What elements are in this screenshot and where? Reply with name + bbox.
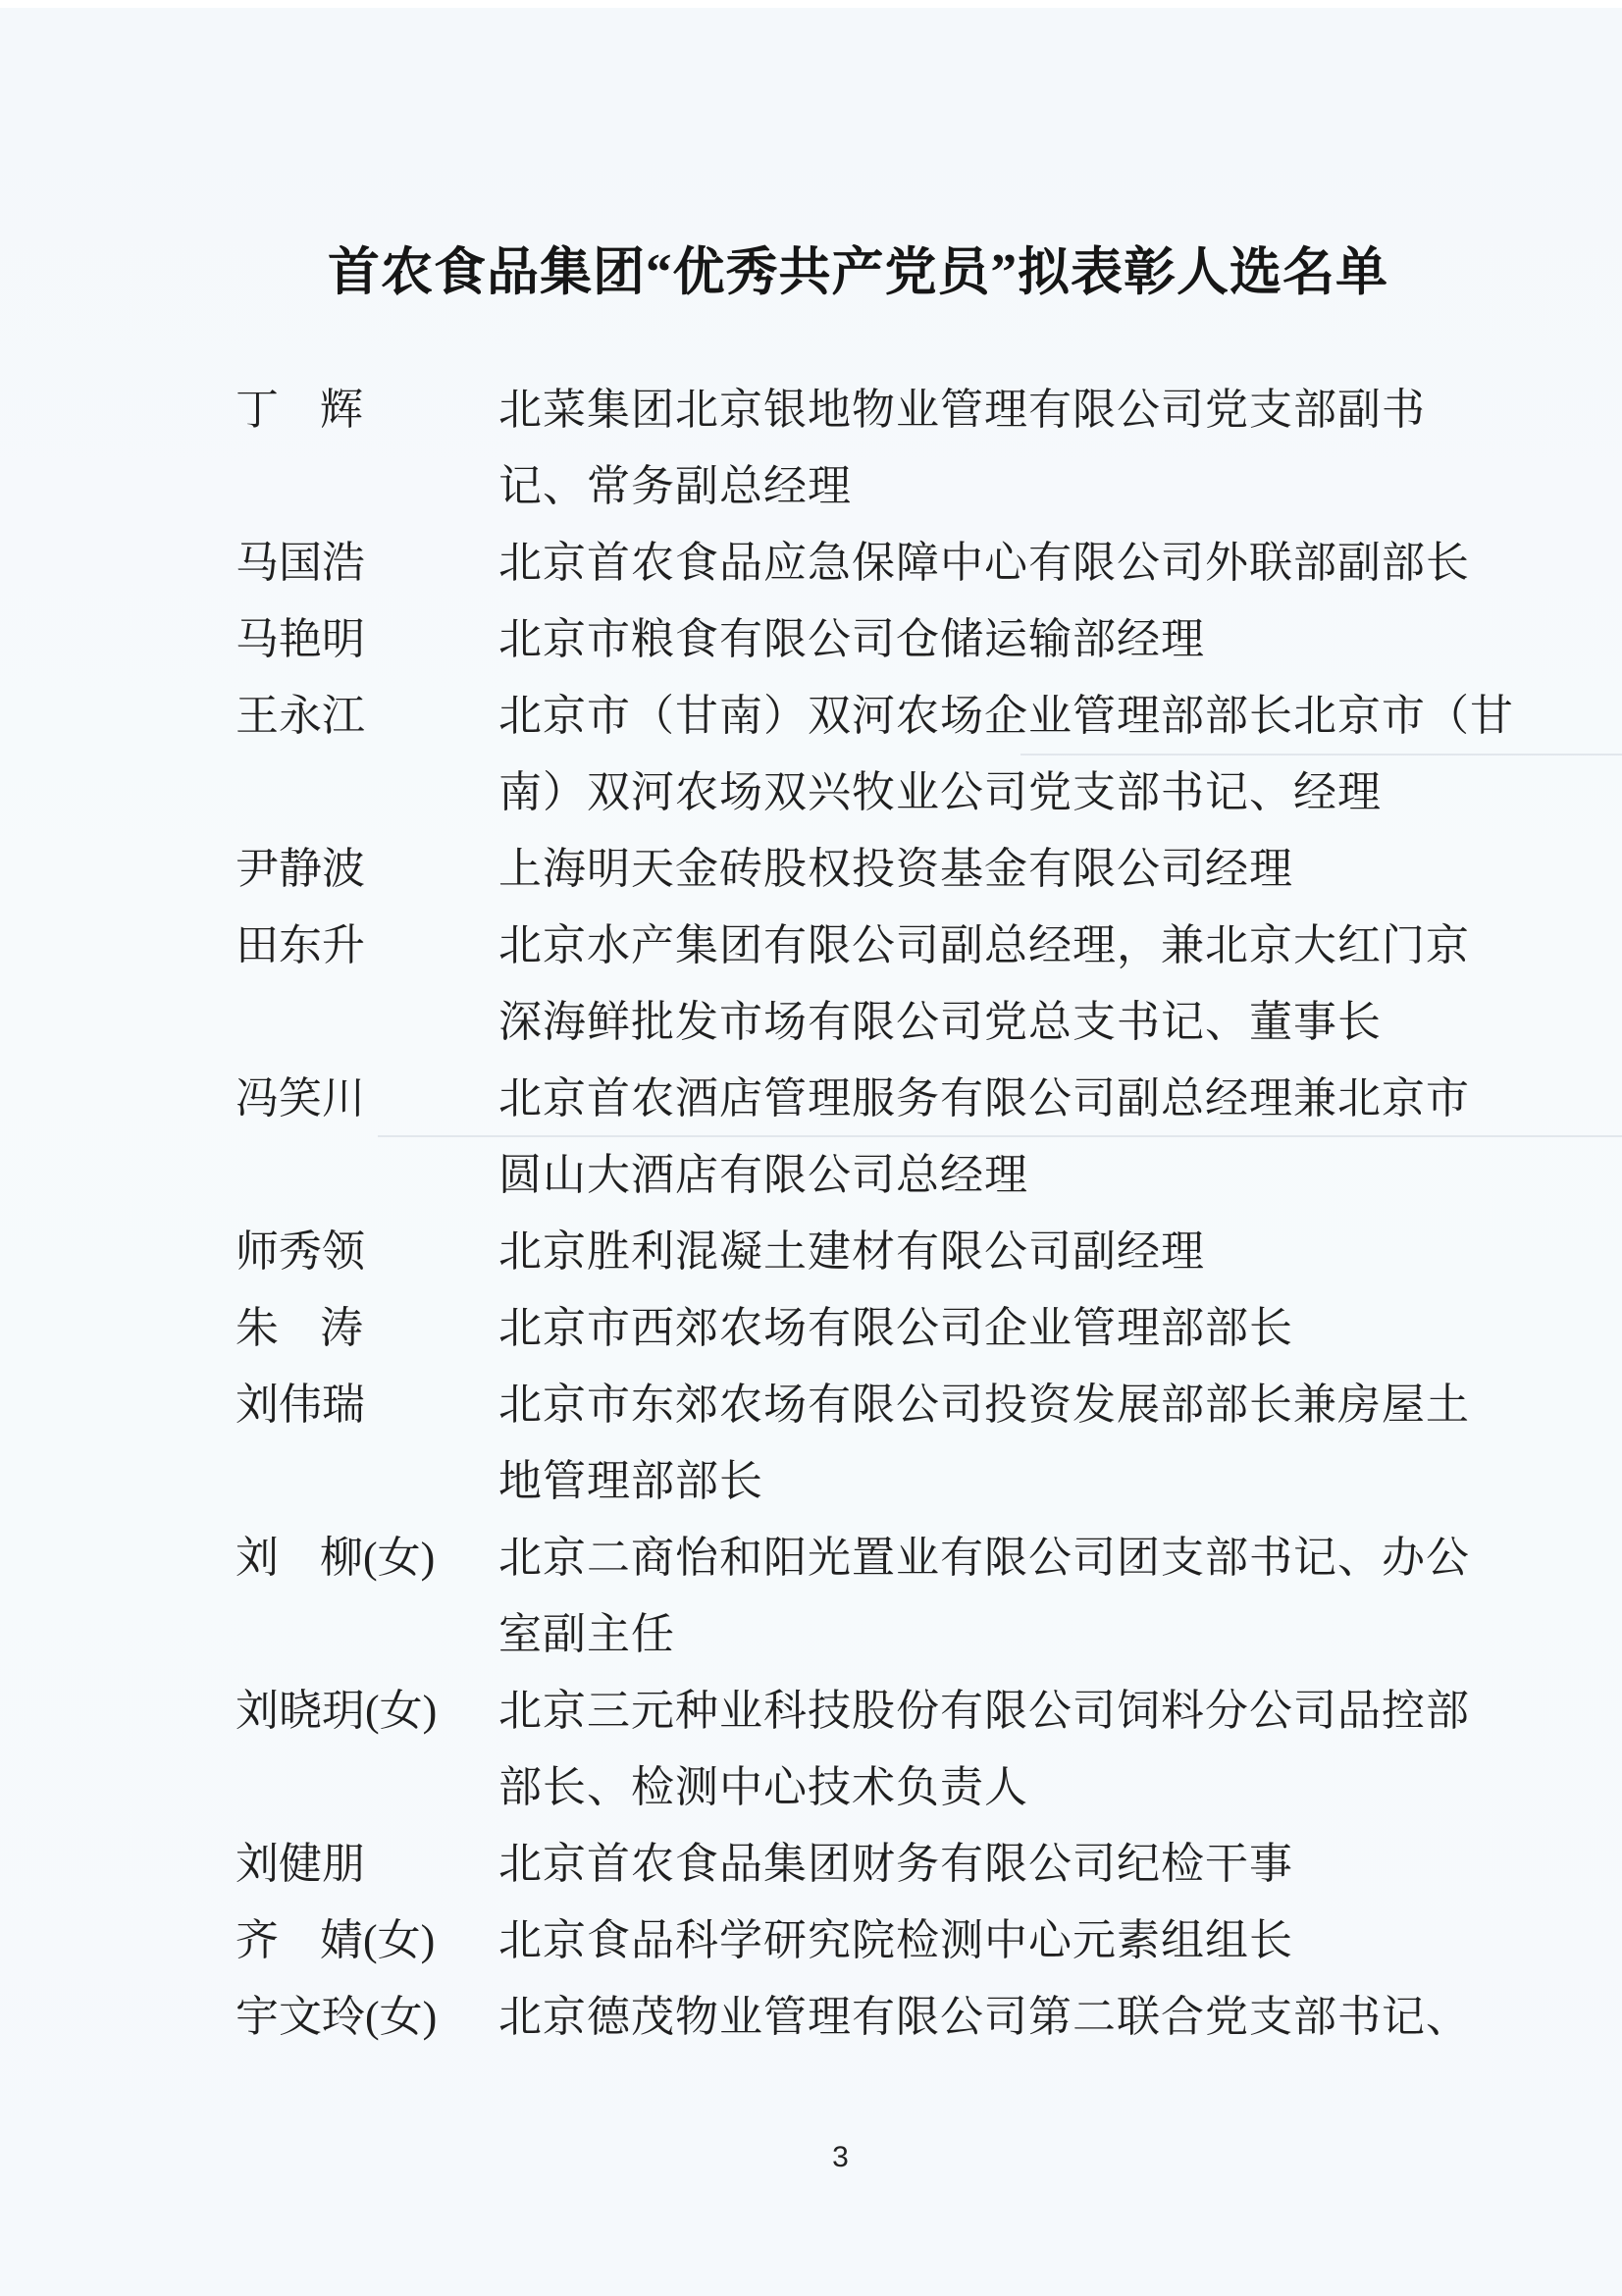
honoree-name-cell: 刘柳(女) — [235, 1520, 498, 1596]
honoree-name-cell: 齐婧(女) — [235, 1903, 498, 1979]
honoree-name: 刘晓玥 — [235, 1673, 365, 1749]
honoree-name: 马艳明 — [235, 601, 365, 678]
position-text: 北京胜利混凝土建材有限公司副经理 — [498, 1214, 1501, 1290]
honoree-position-cell: 北京市西郊农场有限公司企业管理部部长 — [498, 1290, 1501, 1367]
position-text: 北京德茂物业管理有限公司第二联合党支部书记、 — [498, 1979, 1501, 2056]
honoree-position-cell: 北京市东郊农场有限公司投资发展部部长兼房屋土 地管理部部长 — [498, 1367, 1501, 1520]
roster-row: 刘健朋 北京首农食品集团财务有限公司纪检干事 — [235, 1826, 1501, 1903]
honoree-position-cell: 北京二商怡和阳光置业有限公司团支部书记、办公 室副主任 — [498, 1520, 1501, 1673]
honoree-name: 刘伟瑞 — [235, 1367, 365, 1443]
honoree-name-cell: 刘晓玥(女) — [235, 1673, 498, 1749]
honoree-name: 宇文玲 — [235, 1979, 365, 2056]
honoree-name-cell: 田东升 — [235, 908, 498, 984]
honoree-position-cell: 北京首农食品集团财务有限公司纪检干事 — [498, 1826, 1501, 1903]
page-number: 3 — [29, 2141, 1622, 2174]
honoree-name: 马国浩 — [235, 525, 365, 601]
position-text: 室副主任 — [498, 1596, 1501, 1673]
roster-row: 刘柳(女) 北京二商怡和阳光置业有限公司团支部书记、办公 室副主任 — [235, 1520, 1501, 1673]
honoree-name-cell: 马国浩 — [235, 525, 498, 601]
roster-row: 尹静波 上海明天金砖股权投资基金有限公司经理 — [235, 831, 1501, 908]
honoree-position-cell: 北菜集团北京银地物业管理有限公司党支部副书 记、常务副总经理 — [498, 372, 1501, 525]
honoree-name-cell: 尹静波 — [235, 831, 498, 908]
honoree-name-cell: 王永江 — [235, 678, 498, 755]
position-text: 北京二商怡和阳光置业有限公司团支部书记、办公 — [498, 1520, 1501, 1596]
honoree-position-cell: 北京水产集团有限公司副总经理，兼北京大红门京 深海鲜批发市场有限公司党总支书记、… — [498, 908, 1501, 1061]
honoree-position-cell: 北京食品科学研究院检测中心元素组组长 — [498, 1903, 1501, 1979]
position-text: 北京市西郊农场有限公司企业管理部部长 — [498, 1290, 1501, 1367]
roster-row: 刘伟瑞 北京市东郊农场有限公司投资发展部部长兼房屋土 地管理部部长 — [235, 1367, 1501, 1520]
roster-row: 王永江 北京市（甘南）双河农场企业管理部部长北京市（甘 南）双河农场双兴牧业公司… — [235, 678, 1501, 831]
position-text: 北菜集团北京银地物业管理有限公司党支部副书 — [498, 372, 1501, 448]
honoree-position-cell: 北京市（甘南）双河农场企业管理部部长北京市（甘 南）双河农场双兴牧业公司党支部书… — [498, 678, 1501, 831]
position-text: 北京首农食品应急保障中心有限公司外联部副部长 — [498, 525, 1501, 601]
position-text: 圆山大酒店有限公司总经理 — [498, 1137, 1501, 1214]
position-text: 记、常务副总经理 — [498, 448, 1501, 525]
honoree-name: 田东升 — [235, 908, 365, 984]
position-text: 北京市粮食有限公司仓储运输部经理 — [498, 601, 1501, 678]
honoree-position-cell: 北京首农食品应急保障中心有限公司外联部副部长 — [498, 525, 1501, 601]
gender-suffix: (女) — [363, 1534, 435, 1582]
honoree-name-cell: 刘健朋 — [235, 1826, 498, 1903]
honoree-name-cell: 冯笑川 — [235, 1061, 498, 1137]
honoree-roster: 丁辉 北菜集团北京银地物业管理有限公司党支部副书 记、常务副总经理 马国浩 北京… — [235, 372, 1501, 2056]
document-title: 首农食品集团“优秀共产党员”拟表彰人选名单 — [0, 242, 1622, 303]
position-text: 北京首农食品集团财务有限公司纪检干事 — [498, 1826, 1501, 1903]
honoree-position-cell: 上海明天金砖股权投资基金有限公司经理 — [498, 831, 1501, 908]
honoree-name: 丁辉 — [235, 372, 363, 448]
honoree-position-cell: 北京胜利混凝土建材有限公司副经理 — [498, 1214, 1501, 1290]
roster-row: 马国浩 北京首农食品应急保障中心有限公司外联部副部长 — [235, 525, 1501, 601]
position-text: 北京三元种业科技股份有限公司饲料分公司品控部 — [498, 1673, 1501, 1749]
honoree-name: 尹静波 — [235, 831, 365, 908]
position-text: 北京水产集团有限公司副总经理，兼北京大红门京 — [498, 908, 1501, 984]
roster-row: 齐婧(女) 北京食品科学研究院检测中心元素组组长 — [235, 1903, 1501, 1979]
position-text: 南）双河农场双兴牧业公司党支部书记、经理 — [498, 755, 1501, 831]
honoree-position-cell: 北京德茂物业管理有限公司第二联合党支部书记、 — [498, 1979, 1501, 2056]
honoree-name: 刘健朋 — [235, 1826, 365, 1903]
roster-row: 刘晓玥(女) 北京三元种业科技股份有限公司饲料分公司品控部 部长、检测中心技术负… — [235, 1673, 1501, 1826]
position-text: 北京首农酒店管理服务有限公司副总经理兼北京市 — [498, 1061, 1501, 1137]
honoree-position-cell: 北京市粮食有限公司仓储运输部经理 — [498, 601, 1501, 678]
position-text: 部长、检测中心技术负责人 — [498, 1749, 1501, 1826]
position-text: 北京食品科学研究院检测中心元素组组长 — [498, 1903, 1501, 1979]
honoree-name-cell: 丁辉 — [235, 372, 498, 448]
honoree-position-cell: 北京首农酒店管理服务有限公司副总经理兼北京市 圆山大酒店有限公司总经理 — [498, 1061, 1501, 1214]
roster-row: 朱涛 北京市西郊农场有限公司企业管理部部长 — [235, 1290, 1501, 1367]
position-text: 北京市（甘南）双河农场企业管理部部长北京市（甘 — [498, 678, 1501, 755]
gender-suffix: (女) — [365, 1993, 437, 2041]
position-text: 深海鲜批发市场有限公司党总支书记、董事长 — [498, 984, 1501, 1061]
honoree-name: 王永江 — [235, 678, 365, 755]
honoree-name: 冯笑川 — [235, 1061, 365, 1137]
roster-row: 马艳明 北京市粮食有限公司仓储运输部经理 — [235, 601, 1501, 678]
honoree-position-cell: 北京三元种业科技股份有限公司饲料分公司品控部 部长、检测中心技术负责人 — [498, 1673, 1501, 1826]
roster-row: 师秀领 北京胜利混凝土建材有限公司副经理 — [235, 1214, 1501, 1290]
honoree-name-cell: 师秀领 — [235, 1214, 498, 1290]
honoree-name-cell: 朱涛 — [235, 1290, 498, 1367]
position-text: 地管理部部长 — [498, 1443, 1501, 1520]
honoree-name-cell: 刘伟瑞 — [235, 1367, 498, 1443]
gender-suffix: (女) — [363, 1916, 435, 1964]
roster-row: 田东升 北京水产集团有限公司副总经理，兼北京大红门京 深海鲜批发市场有限公司党总… — [235, 908, 1501, 1061]
roster-row: 丁辉 北菜集团北京银地物业管理有限公司党支部副书 记、常务副总经理 — [235, 372, 1501, 525]
honoree-name: 刘柳 — [235, 1520, 363, 1596]
gender-suffix: (女) — [365, 1687, 437, 1735]
position-text: 北京市东郊农场有限公司投资发展部部长兼房屋土 — [498, 1367, 1501, 1443]
honoree-name: 齐婧 — [235, 1903, 363, 1979]
position-text: 上海明天金砖股权投资基金有限公司经理 — [498, 831, 1501, 908]
roster-row: 宇文玲(女) 北京德茂物业管理有限公司第二联合党支部书记、 — [235, 1979, 1501, 2056]
honoree-name: 朱涛 — [235, 1290, 363, 1367]
roster-row: 冯笑川 北京首农酒店管理服务有限公司副总经理兼北京市 圆山大酒店有限公司总经理 — [235, 1061, 1501, 1214]
honoree-name-cell: 马艳明 — [235, 601, 498, 678]
honoree-name: 师秀领 — [235, 1214, 365, 1290]
honoree-name-cell: 宇文玲(女) — [235, 1979, 498, 2056]
